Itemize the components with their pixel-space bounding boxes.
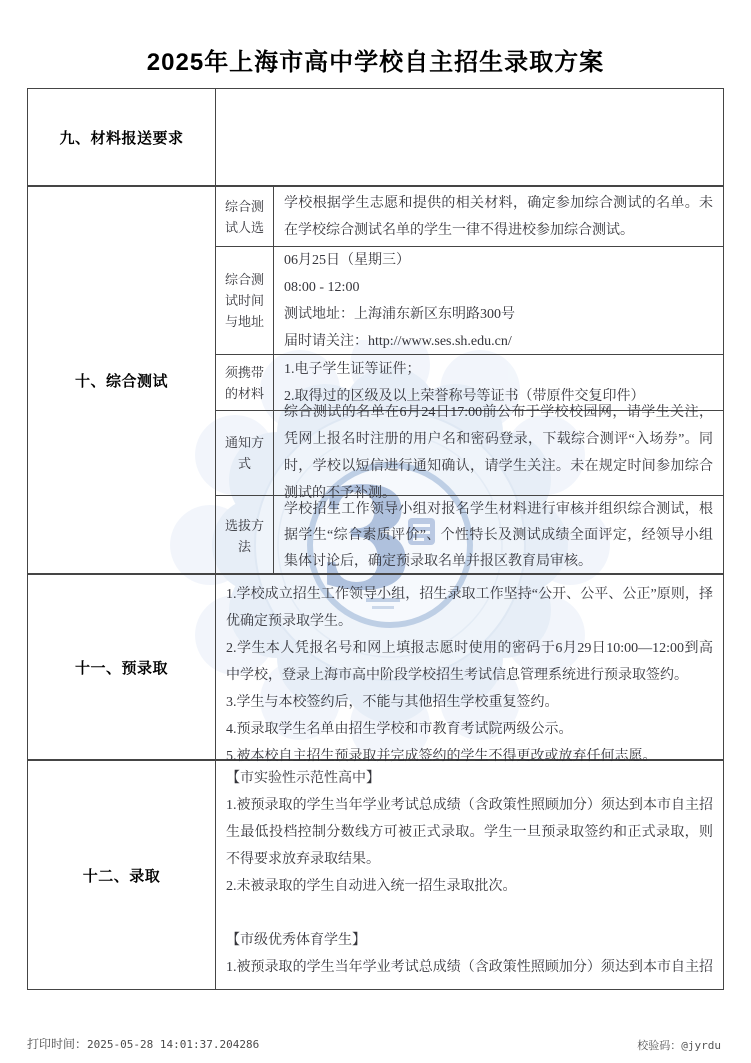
section-label-comprehensive-test: 十、综合测试 [28, 187, 216, 573]
admission-block2-heading: 【市级优秀体育学生】 [226, 927, 713, 954]
section-label-materials: 九、材料报送要求 [28, 89, 216, 185]
section-label-admission: 十二、录取 [28, 761, 216, 989]
section-label-pre-admission: 十一、预录取 [28, 575, 216, 759]
required-material-line-1: 1.电子学生证等证件； [284, 356, 713, 383]
section-content-admission: 【市实验性示范性高中】 1.被预录取的学生当年学业考试总成绩（含政策性照顾加分）… [216, 761, 723, 989]
subcontent-selection-method: 学校招生工作领导小组对报名学生材料进行审核并组织综合测试，根据学生“综合素质评价… [274, 496, 723, 575]
sublabel-notification-method: 通知方式 [216, 411, 274, 495]
subcontent-test-candidates: 学校根据学生志愿和提供的相关材料，确定参加综合测试的名单。未在学校综合测试名单的… [274, 187, 723, 246]
text-test-candidates: 学校根据学生志愿和提供的相关材料，确定参加综合测试的名单。未在学校综合测试名单的… [284, 190, 713, 244]
table-row-comprehensive-test: 十、综合测试 综合测试人选 学校根据学生志愿和提供的相关材料，确定参加综合测试的… [28, 185, 723, 573]
pre-admission-item-1: 1.学校成立招生工作领导小组，招生录取工作坚持“公开、公平、公正”原则，择优确定… [226, 581, 713, 635]
page-title: 2025年上海市高中学校自主招生录取方案 [0, 42, 751, 77]
admission-block1-item-2: 2.未被录取的学生自动进入统一招生录取批次。 [226, 873, 713, 900]
admission-block2-item-1: 1.被预录取的学生当年学业考试总成绩（含政策性照顾加分）须达到本市自主招生最低投… [226, 954, 713, 983]
document-page: 3 2025年上海市高中学校自主招生录取方案 九、材料报送要求 十、综合测试 综… [0, 0, 751, 1063]
subrow-test-time-address: 综合测试时间与地址 06月25日（星期三） 08:00 - 12:00 测试地址… [216, 246, 723, 354]
subrow-test-candidates: 综合测试人选 学校根据学生志愿和提供的相关材料，确定参加综合测试的名单。未在学校… [216, 187, 723, 246]
section-content-pre-admission: 1.学校成立招生工作领导小组，招生录取工作坚持“公开、公平、公正”原则，择优确定… [216, 575, 723, 759]
checksum: 校验码：@jyrdu [637, 1037, 721, 1053]
subcontent-notification-method: 综合测试的名单在6月24日17:00前公布于学校校园网，请学生关注，凭网上报名时… [274, 411, 723, 495]
pre-admission-item-4: 4.预录取学生名单由招生学校和市教育考试院两级公示。 [226, 716, 713, 743]
text-notification-method: 综合测试的名单在6月24日17:00前公布于学校校园网，请学生关注，凭网上报名时… [284, 399, 713, 507]
pre-admission-item-2: 2.学生本人凭报名号和网上填报志愿时使用的密码于6月29日10:00—12:00… [226, 635, 713, 689]
table-row-materials-submission: 九、材料报送要求 [28, 89, 723, 185]
admission-block1-item-1: 1.被预录取的学生当年学业考试总成绩（含政策性照顾加分）须达到本市自主招生最低投… [226, 792, 713, 873]
sublabel-required-materials: 须携带的材料 [216, 355, 274, 410]
test-date-line: 06月25日（星期三） [284, 247, 713, 274]
subrow-selection-method: 选拔方法 学校招生工作领导小组对报名学生材料进行审核并组织综合测试，根据学生“综… [216, 495, 723, 575]
print-time-label: 打印时间： [27, 1037, 87, 1051]
pre-admission-item-3: 3.学生与本校签约后，不能与其他招生学校重复签约。 [226, 689, 713, 716]
sublabel-test-candidates: 综合测试人选 [216, 187, 274, 246]
text-selection-method: 学校招生工作领导小组对报名学生材料进行审核并组织综合测试，根据学生“综合素质评价… [284, 497, 713, 575]
subcontent-test-time-address: 06月25日（星期三） 08:00 - 12:00 测试地址：上海浦东新区东明路… [274, 247, 723, 354]
subrow-notification-method: 通知方式 综合测试的名单在6月24日17:00前公布于学校校园网，请学生关注，凭… [216, 410, 723, 495]
table-row-pre-admission: 十一、预录取 1.学校成立招生工作领导小组，招生录取工作坚持“公开、公平、公正”… [28, 573, 723, 759]
sublabel-selection-method: 选拔方法 [216, 496, 274, 575]
admission-block1-heading: 【市实验性示范性高中】 [226, 765, 713, 792]
block-gap [226, 900, 713, 927]
table-row-admission: 十二、录取 【市实验性示范性高中】 1.被预录取的学生当年学业考试总成绩（含政策… [28, 759, 723, 989]
test-website-line: 届时请关注：http://www.ses.sh.edu.cn/ [284, 328, 713, 355]
admission-content-clip: 【市实验性示范性高中】 1.被预录取的学生当年学业考试总成绩（含政策性照顾加分）… [226, 765, 713, 983]
checksum-label: 校验码： [637, 1040, 681, 1052]
section-content-materials [216, 89, 723, 185]
print-time-value: 2025-05-28 14:01:37.204286 [87, 1038, 259, 1051]
test-time-line: 08:00 - 12:00 [284, 274, 713, 301]
checksum-value: @jyrdu [681, 1039, 721, 1052]
test-address-line: 测试地址：上海浦东新区东明路300号 [284, 301, 713, 328]
print-time: 打印时间：2025-05-28 14:01:37.204286 [27, 1035, 259, 1052]
admission-plan-table: 九、材料报送要求 十、综合测试 综合测试人选 学校根据学生志愿和提供的相关材料，… [27, 88, 724, 990]
sublabel-test-time-address: 综合测试时间与地址 [216, 247, 274, 354]
section-content-comprehensive-test: 综合测试人选 学校根据学生志愿和提供的相关材料，确定参加综合测试的名单。未在学校… [216, 187, 723, 573]
